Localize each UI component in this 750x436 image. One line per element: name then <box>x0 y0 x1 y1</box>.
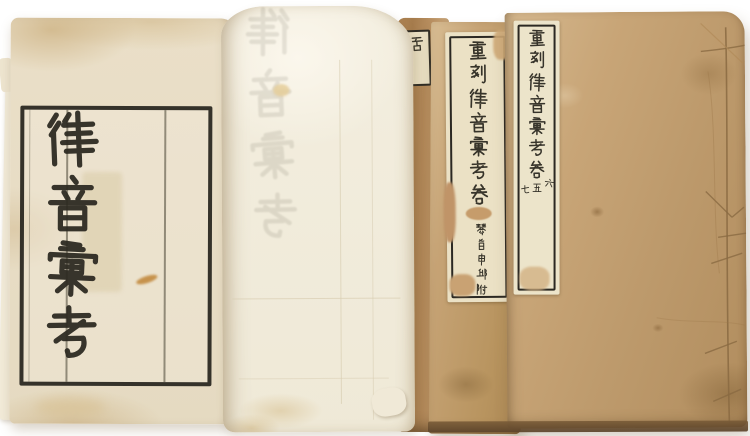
page-stain <box>273 84 289 96</box>
volume-marker-calligraphy <box>467 183 490 206</box>
antique-books-photo: 律音彙考 舌 律音彙考 重刻律音彙考 卷 琴旨申邱附 <box>0 0 750 436</box>
book-block-shadow-edge <box>428 420 748 432</box>
title-text: 律音彙考 <box>11 18 12 19</box>
label-content <box>451 38 505 296</box>
title-page-frame <box>19 106 212 387</box>
label-stain <box>466 207 492 220</box>
label-title-calligraphy <box>467 38 489 181</box>
binding-thread <box>505 11 748 429</box>
right-volume-cover: 重刻律音彙考 卷 七五六 <box>505 11 748 429</box>
label-wear-patch <box>449 274 475 296</box>
column-rule <box>163 110 166 382</box>
page-crease <box>239 378 389 380</box>
blank-verso-page: 律音彙考 <box>221 6 415 433</box>
page-stain <box>35 398 105 416</box>
label-subtitle-calligraphy <box>474 223 488 296</box>
bleedthrough-rule <box>339 60 342 404</box>
open-title-page: 律音彙考 <box>9 18 236 425</box>
label-title-text: 重刻律音彙考 <box>445 32 446 33</box>
bleedthrough-rule <box>371 60 374 420</box>
ink-smudge-stain <box>135 273 158 286</box>
ink-bleedthrough-calligraphy <box>215 4 331 320</box>
label-wear-patch <box>443 182 456 242</box>
volume-marker-text: 卷 <box>445 32 446 33</box>
label-subtitle-text: 琴旨申邱附 <box>445 32 446 33</box>
middle-volume-label: 重刻律音彙考 卷 琴旨申邱附 <box>445 32 511 303</box>
